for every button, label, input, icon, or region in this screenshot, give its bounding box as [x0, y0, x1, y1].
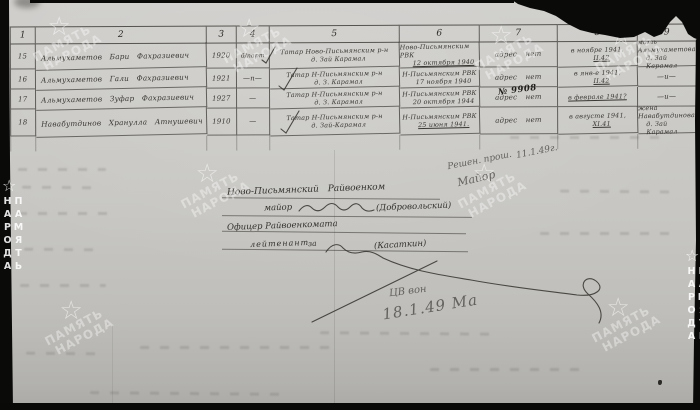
address-cell: адрес нет [480, 107, 558, 134]
col-number: 3 [218, 30, 224, 40]
lost-mark: II.42 [585, 54, 609, 63]
rank-major: майор [264, 203, 292, 214]
relatives-cell: —и— [638, 67, 697, 87]
empty-cell [558, 134, 638, 149]
empty-cell [270, 135, 400, 151]
row-number: 16 [18, 75, 27, 83]
col-number: 9 [664, 28, 670, 38]
torn-edge-top [30, 0, 514, 3]
bleed-through-line [140, 346, 330, 349]
relatives-cell: мать Альмухаметовад. Зай Карамал [638, 41, 698, 67]
lost-mark: II.42 [585, 76, 609, 85]
party-cell: б/парт [237, 43, 270, 68]
place-line: д. З. Карамал [306, 97, 363, 106]
relative-line: мать Альмухаметова [638, 37, 696, 54]
lost-contact-cell: в августе 1941,XI.41 [558, 106, 639, 135]
bleed-through-line [430, 368, 590, 371]
bleed-through-line [18, 212, 110, 215]
empty-cell [10, 136, 36, 151]
party-value: б/парт [241, 52, 265, 60]
col-number: 2 [118, 30, 124, 40]
relatives-cell: жена Навабутдиновад. Зай Карамал [638, 106, 698, 134]
party-cell: — [237, 88, 270, 108]
empty-cell [638, 134, 697, 149]
col-number: 7 [515, 28, 521, 38]
year-cell: 1920 [207, 44, 237, 69]
place-line: д. З. Карамал [306, 77, 363, 86]
address-value: адрес нет [495, 50, 542, 59]
rvk-date: 25 июня 1941. [410, 120, 469, 129]
empty-cell [237, 135, 270, 150]
col-header: 6 [400, 24, 480, 42]
za-mark: за [308, 239, 317, 249]
lost-contact-cell: в янв-е 1941,II.42 [558, 66, 638, 88]
col-number: 4 [250, 29, 256, 39]
year-value: 1910 [212, 117, 231, 125]
address-value: адрес нет [495, 72, 542, 81]
rvk-cell: Н-Письмянским РВК17 ноября 1940 [400, 67, 480, 89]
place-cell: Татар Н-Письмянским р-нд. Зай-Карамал [270, 107, 401, 137]
place-line: д. Зай Карамал [303, 54, 366, 63]
rvk-cell: Н-Письмянским РВК20 октября 1944 [400, 87, 480, 109]
relative-line: жена Навабутдинова [638, 103, 696, 120]
rvk-line: Ново-Письмянским РВК [400, 42, 479, 60]
rvk-cell: Н-Письмянским РВК25 июня 1941. [400, 107, 481, 136]
name-cell: Альмухаметов Бари Фахразиевич [36, 42, 208, 71]
bleed-through-line [20, 284, 106, 287]
lost-contact-cell: в феврале 1941? [558, 87, 638, 107]
relative-line: —и— [657, 92, 676, 100]
year-cell: 1910 [207, 109, 237, 136]
lost-line: в феврале 1941? [568, 92, 627, 101]
address-cell: адрес нет [480, 42, 558, 67]
year-cell: 1921 [207, 69, 237, 89]
col-number: 5 [331, 29, 337, 39]
row-number: 18 [18, 118, 27, 126]
name-cell: Навабутдинов Хранулла Атнушевич [36, 107, 208, 138]
col-header: 7 [480, 24, 558, 42]
party-value: — [249, 117, 256, 125]
col-header: 5 [270, 25, 400, 44]
table-row-cell: 18 [10, 109, 36, 136]
empty-cell [36, 136, 207, 152]
row-number: 15 [18, 52, 27, 60]
col-header: 2 [36, 26, 207, 45]
rvk-cell: Ново-Письмянским РВК12 октября 1940 [400, 42, 481, 69]
year-value: 1927 [212, 94, 231, 102]
place-cell: Татар Н-Письмянским р-нд. З. Карамал [270, 67, 400, 90]
rvk-date: 20 октября 1944 [405, 96, 475, 106]
table-row-cell: 15 [10, 44, 36, 69]
year-cell: 1927 [207, 89, 237, 109]
col-header: 4 [237, 25, 270, 43]
table-row-cell: 16 [10, 69, 36, 89]
document-scan: 1 2 3 4 5 6 7 8 9 15 Альмухаметов Бари Ф… [0, 0, 700, 410]
party-value: —п— [243, 74, 262, 82]
bleed-through-line [18, 168, 106, 171]
col-header: 8 [558, 24, 638, 42]
address-cell: адрес нет№ 9908 [480, 87, 558, 107]
year-value: 1920 [212, 51, 231, 59]
relative-line: —и— [657, 72, 676, 80]
rvk-date: 12 октября 1940 [405, 58, 475, 68]
empty-cell [207, 136, 237, 151]
party-cell: —п— [237, 68, 270, 88]
table-row-cell: 17 [10, 89, 36, 109]
lost-contact-cell: в ноябре 1941.II.42 [558, 41, 639, 68]
address-value: адрес нет [495, 116, 542, 125]
row-number: 17 [18, 95, 27, 103]
register-table: 1 2 3 4 5 6 7 8 9 15 Альмухаметов Бари Ф… [10, 24, 698, 152]
party-value: — [249, 94, 256, 102]
bleed-through-line [540, 232, 670, 235]
bleed-through-line [24, 248, 94, 252]
col-number: 8 [594, 28, 600, 38]
col-number: 6 [436, 29, 442, 39]
place-line: д. Зай-Карамал [303, 120, 366, 129]
empty-cell [400, 134, 480, 149]
year-value: 1921 [212, 74, 231, 82]
col-header: 3 [207, 26, 237, 44]
col-header: 1 [10, 26, 36, 44]
place-cell: Татар Ново-Письмянским р-нд. Зай Карамал [270, 42, 401, 70]
col-number: 1 [20, 30, 26, 40]
party-cell: — [237, 108, 270, 135]
lost-mark: XI.41 [585, 120, 611, 129]
torn-edge-bottom [0, 403, 700, 410]
rvk-date: 17 ноября 1940 [408, 76, 472, 85]
